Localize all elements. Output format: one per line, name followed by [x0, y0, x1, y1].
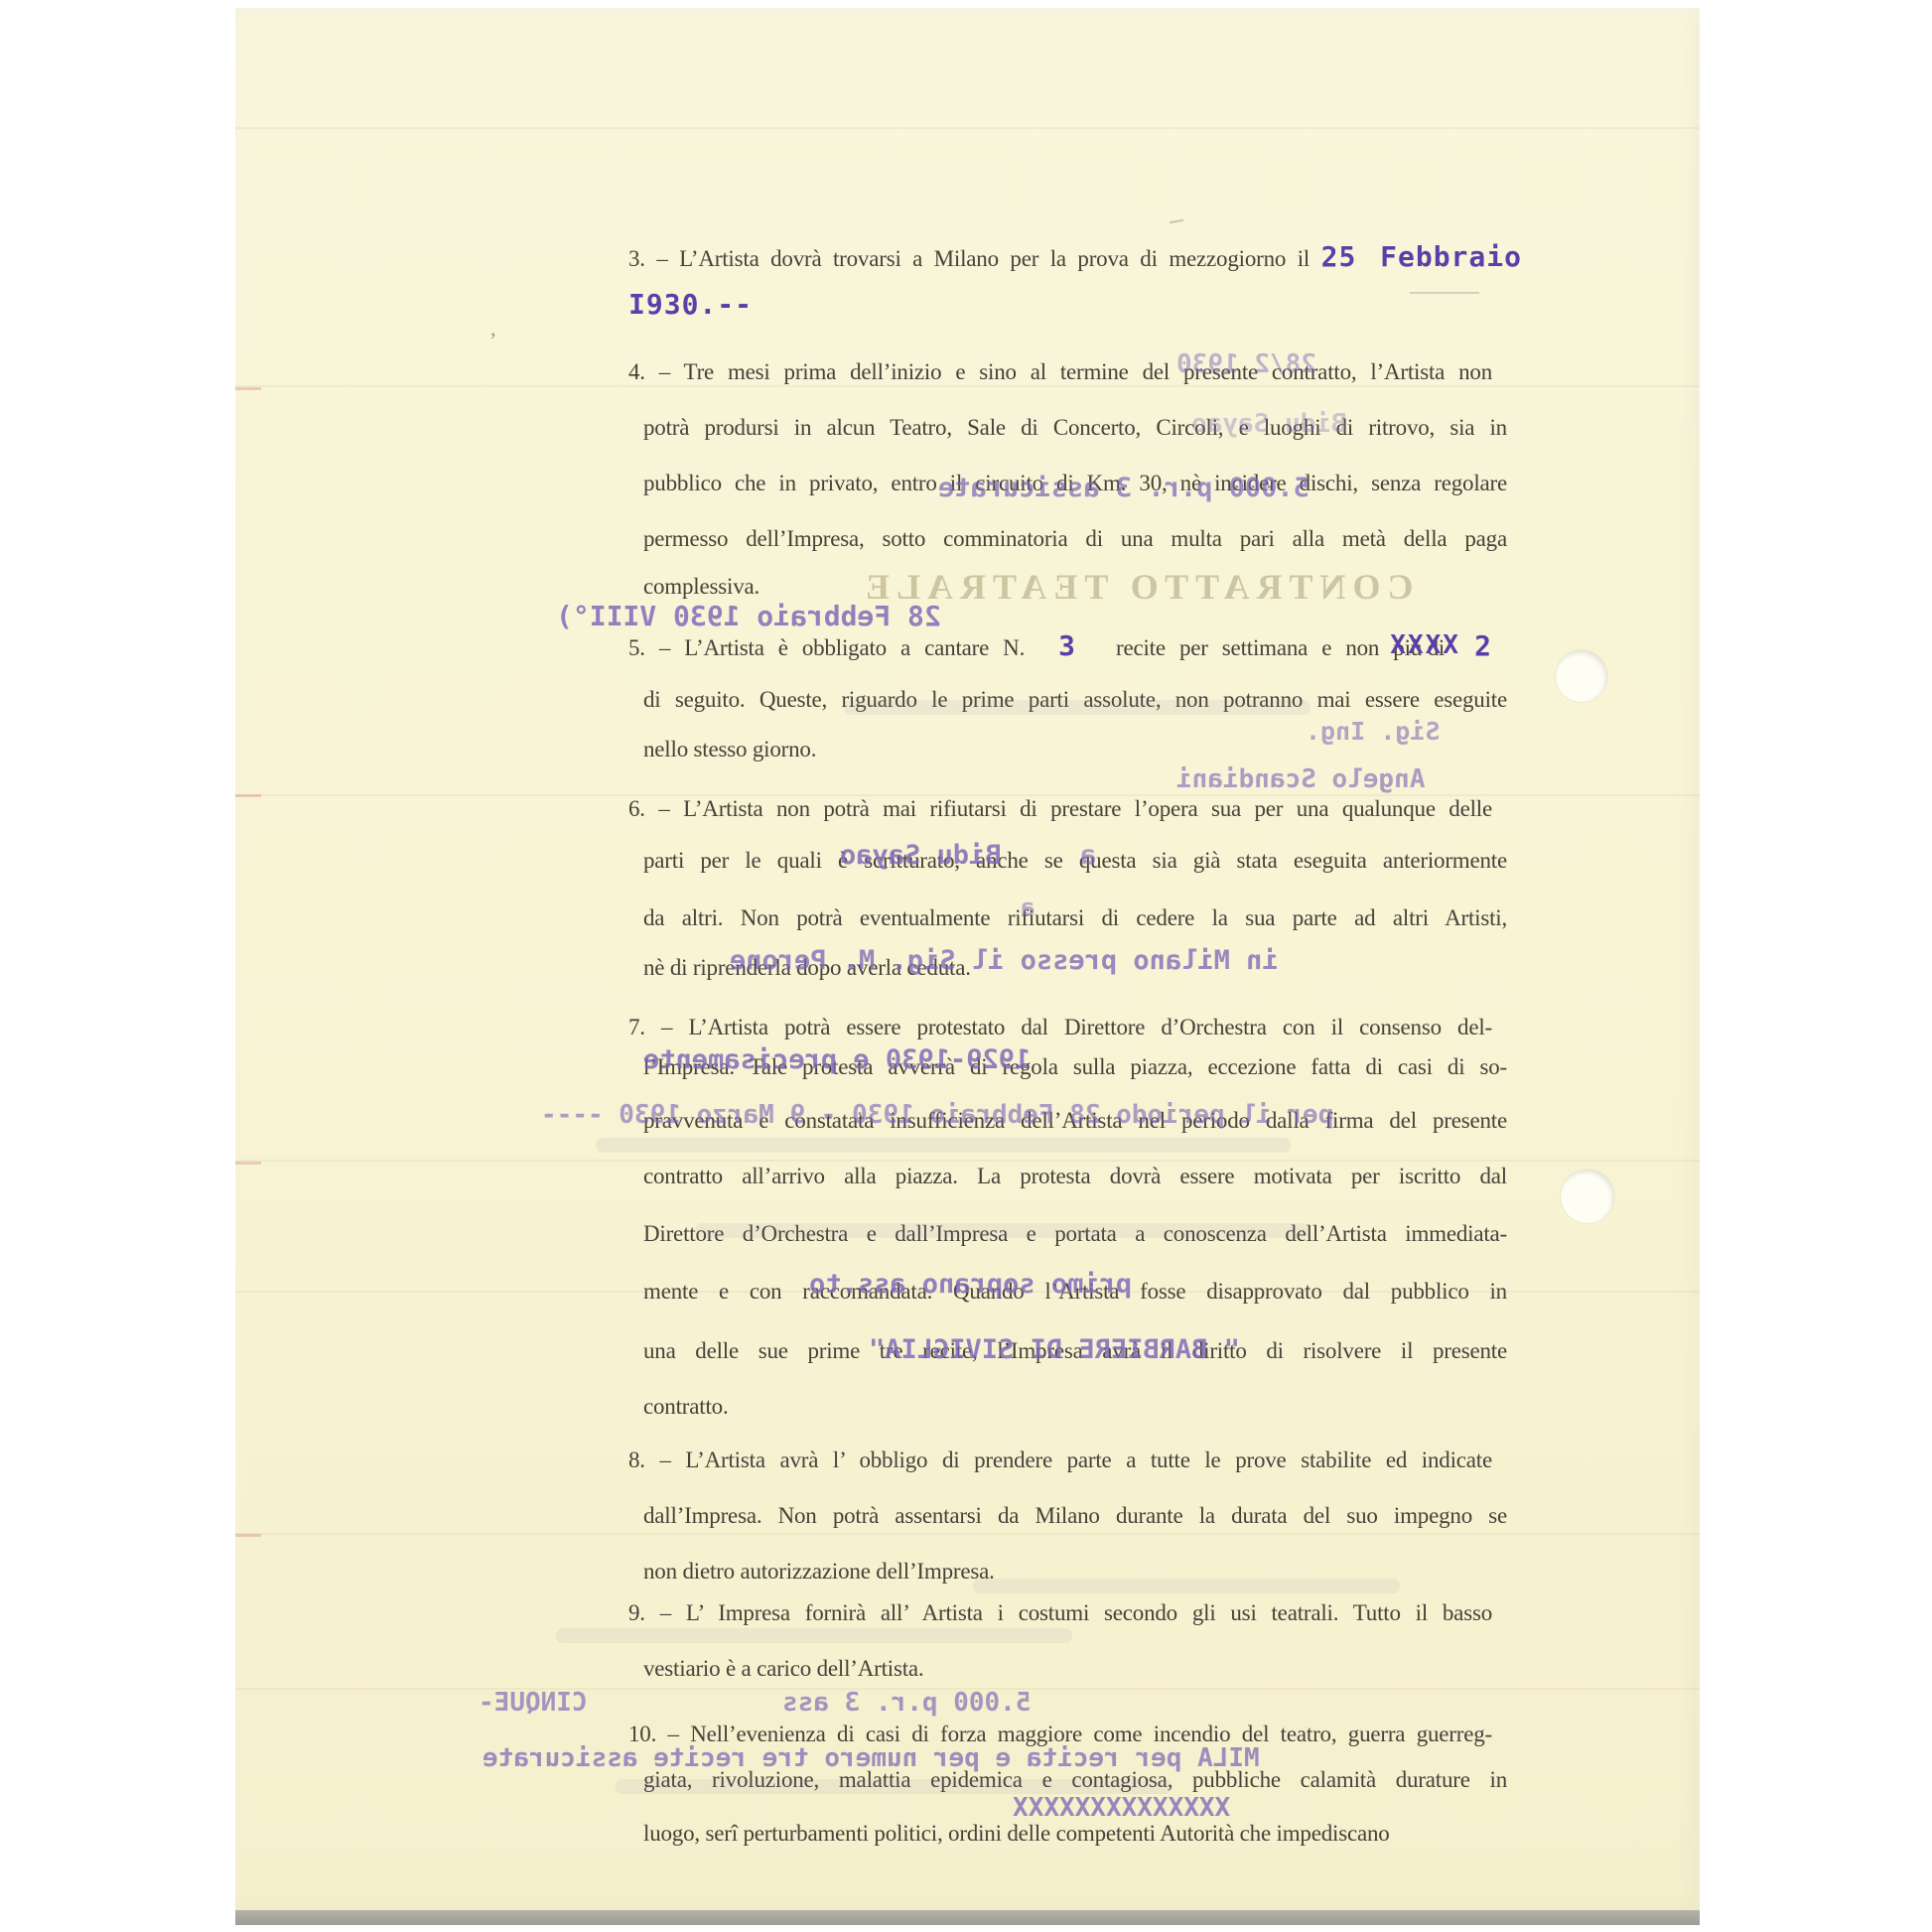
printed-text: 4. – Tre mesi prima dell’inizio e sino a…: [628, 359, 1492, 384]
printed-text: dall’Impresa. Non potrà assentarsi da Mi…: [643, 1503, 1507, 1528]
typewritten-insertion: I930.--: [628, 288, 753, 321]
bleedthrough-text: a: [1080, 840, 1096, 871]
contract-clause-4-line-1: 4. – Tre mesi prima dell’inizio e sino a…: [628, 357, 1492, 387]
contract-clause-7-line-4: contratto all’arrivo alla piazza. La pro…: [643, 1162, 1507, 1191]
printed-text: 6. – L’Artista non potrà mai rifiutarsi …: [628, 796, 1492, 821]
bleedthrough-text: 1929-1930 e precisamente: [643, 1044, 1031, 1075]
bleedthrough-faint-line: [973, 1579, 1400, 1593]
bleedthrough-faint-line: [695, 1223, 1311, 1238]
left-edge-tick: [235, 1534, 261, 1537]
bleedthrough-text: 28 Febbraio 1930 VIII°): [556, 600, 941, 632]
bleedthrough-text: 5.000 p.r. 3 assicurate: [938, 473, 1310, 503]
crease-line: [235, 794, 1700, 796]
crease-line: [235, 385, 1700, 387]
bleedthrough-text: per il periodo 28 Febbraio 1930 - 9 Marz…: [541, 1100, 1333, 1130]
printed-text: nello stesso giorno.: [643, 737, 816, 761]
contract-clause-7-line-1: 7. – L’Artista potrà essere protestato d…: [628, 1013, 1492, 1042]
bleedthrough-text: Angelo Scandiani: [1176, 764, 1425, 794]
printed-text: complessiva.: [643, 574, 759, 599]
printed-text: 8. – L’Artista avrà l’ obbligo di prende…: [628, 1448, 1492, 1472]
printed-text: da altri. Non potrà eventualmente rifiut…: [643, 905, 1507, 930]
hole-punch-bottom: [1561, 1170, 1614, 1223]
bleedthrough-text: 28/2 1930: [1176, 349, 1316, 379]
crease-line: [235, 1688, 1700, 1690]
bleedthrough-text: XXXXXXXXXXXXXX: [1013, 1793, 1230, 1823]
typewriter-strikeover: XXXX: [1390, 630, 1460, 660]
printed-text: permesso dell’Impresa, sotto comminatori…: [643, 526, 1507, 551]
left-edge-tick: [235, 387, 261, 390]
contract-clause-3-line-2: I930.--: [628, 290, 1492, 322]
printed-text: recite per settimana e non: [1116, 635, 1393, 660]
printed-text: potrà prodursi in alcun Teatro, Sale di …: [643, 415, 1507, 440]
typewritten-insertion: 2: [1474, 629, 1492, 662]
bleedthrough-faint-line: [596, 1138, 1291, 1153]
bleedthrough-text: MILA per recita e per numero tre recite …: [483, 1743, 1260, 1773]
left-edge-tick: [235, 1162, 261, 1165]
printed-text: contratto.: [643, 1394, 729, 1419]
typewritten-insertion: 3: [1058, 629, 1076, 662]
printed-text: 5. – L’Artista è obbligato a cantare N.: [628, 635, 1025, 660]
stray-comma-mark: ,: [490, 316, 496, 342]
bleedthrough-text: Sig. Ing.: [1306, 717, 1440, 746]
contract-clause-6-line-1: 6. – L’Artista non potrà mai rifiutarsi …: [628, 794, 1492, 824]
printed-text: contratto all’arrivo alla piazza. La pro…: [643, 1164, 1507, 1188]
scanned-contract-canvas: , 3. – L’Artista dovrà trovarsi a Milano…: [0, 0, 1932, 1932]
contract-clause-3-line-1: 3. – L’Artista dovrà trovarsi a Milano p…: [628, 242, 1522, 274]
contract-clause-10-line-3: luogo, serî perturbamenti politici, ordi…: [643, 1819, 1507, 1849]
left-edge-tick: [235, 794, 261, 797]
printed-text: vestiario è a carico dell’Artista.: [643, 1656, 924, 1681]
contract-clause-7-line-8: contratto.: [643, 1392, 1507, 1422]
contract-clause-5-line-1: 5. – L’Artista è obbligato a cantare N.3…: [628, 631, 1492, 663]
bleedthrough-text: Bidu Sayao: [840, 840, 1002, 871]
contract-clause-9-line-1: 9. – L’ Impresa fornirà all’ Artista i c…: [628, 1598, 1492, 1628]
bleedthrough-text: Bidu Sayao: [1191, 409, 1347, 439]
printed-text: 7. – L’Artista potrà essere protestato d…: [628, 1015, 1492, 1039]
bleedthrough-faint-line: [556, 1628, 1072, 1643]
typewritten-insertion: 25 Febbraio: [1321, 240, 1522, 273]
bleedthrough-text: CINQUE-: [479, 1688, 588, 1718]
contract-clause-6-line-3: da altri. Non potrà eventualmente rifiut…: [643, 903, 1507, 933]
contract-clause-8-line-1: 8. – L’Artista avrà l’ obbligo di prende…: [628, 1446, 1492, 1475]
contract-clause-8-line-2: dall’Impresa. Non potrà assentarsi da Mi…: [643, 1501, 1507, 1531]
contract-clause-4-line-2: potrà prodursi in alcun Teatro, Sale di …: [643, 413, 1507, 443]
printed-text: luogo, serî perturbamenti politici, ordi…: [643, 1821, 1390, 1846]
struck-out-words: più diXXXX: [1393, 633, 1445, 663]
bleedthrough-text: a: [1021, 894, 1035, 921]
bleedthrough-text: CONTRATTO TEATRALE: [859, 566, 1413, 608]
bleedthrough-faint-line: [844, 700, 1311, 715]
crease-line: [235, 127, 1700, 129]
contract-clause-4-line-4: permesso dell’Impresa, sotto comminatori…: [643, 524, 1507, 554]
bleedthrough-faint-line: [616, 1779, 1172, 1794]
crease-line: [235, 1533, 1700, 1535]
hole-punch-top: [1556, 650, 1607, 702]
printed-text: non dietro autorizzazione dell’Impresa.: [643, 1559, 995, 1584]
contract-clause-6-line-2: parti per le quali è scritturato, anche …: [643, 846, 1507, 876]
bleedthrough-text: " BARBIERE DI SIVIGLIA": [869, 1334, 1240, 1365]
crease-line: [235, 1160, 1700, 1162]
contract-clause-9-line-2: vestiario è a carico dell’Artista.: [643, 1654, 1507, 1684]
printed-text: parti per le quali è scritturato, anche …: [643, 848, 1507, 873]
printed-text: 9. – L’ Impresa fornirà all’ Artista i c…: [628, 1600, 1492, 1625]
crease-line: [235, 1291, 1700, 1293]
bleedthrough-text: in Milano presso il Sig. M. Perone: [730, 945, 1279, 976]
bleedthrough-text: primo soprano ass.to: [809, 1269, 1132, 1300]
printed-text: 3. – L’Artista dovrà trovarsi a Milano p…: [628, 246, 1321, 271]
page-bottom-edge: [235, 1910, 1700, 1925]
bleedthrough-text: 5.000 p.r. 3 ass: [782, 1688, 1031, 1718]
